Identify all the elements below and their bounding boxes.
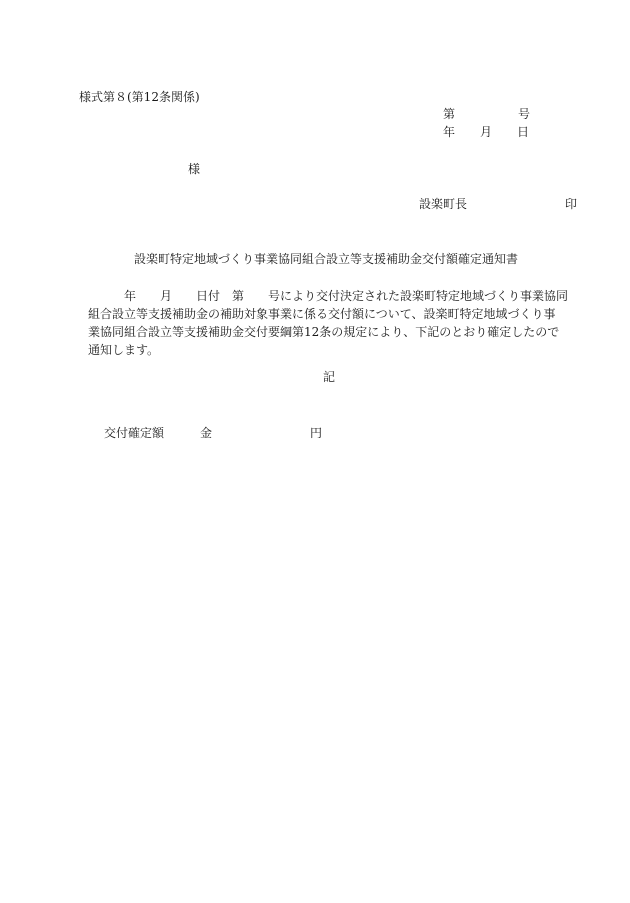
body-line: 年 月 日付 第 号により交付決定された設楽町特定地域づくり事業協同	[88, 287, 588, 305]
date-day-label: 日	[517, 124, 529, 140]
body-line: 組合設立等支援補助金の補助対象事業に係る交付額について、設楽町特定地域づくり事	[88, 305, 588, 323]
record-heading: 記	[323, 369, 335, 385]
document-title: 設楽町特定地域づくり事業協同組合設立等支援補助金交付額確定通知書	[134, 251, 518, 267]
body-paragraph: 年 月 日付 第 号により交付決定された設楽町特定地域づくり事業協同 組合設立等…	[88, 287, 588, 359]
body-line: 通知します。	[88, 341, 588, 359]
body-line: 業協同組合設立等支援補助金交付要綱第12条の規定により、下記のとおり確定したので	[88, 323, 588, 341]
document-number-suffix: 号	[518, 106, 530, 122]
form-number: 様式第８(第12条関係)	[79, 89, 200, 105]
amount-unit: 円	[310, 425, 322, 441]
sender-seal: 印	[565, 196, 577, 212]
amount-label: 交付確定額	[104, 425, 164, 441]
recipient-honorific: 様	[188, 161, 200, 177]
document-number-prefix: 第	[443, 106, 455, 122]
amount-prefix: 金	[200, 425, 212, 441]
sender-name: 設楽町長	[419, 196, 467, 212]
date-year-label: 年	[443, 124, 455, 140]
date-month-label: 月	[480, 124, 492, 140]
